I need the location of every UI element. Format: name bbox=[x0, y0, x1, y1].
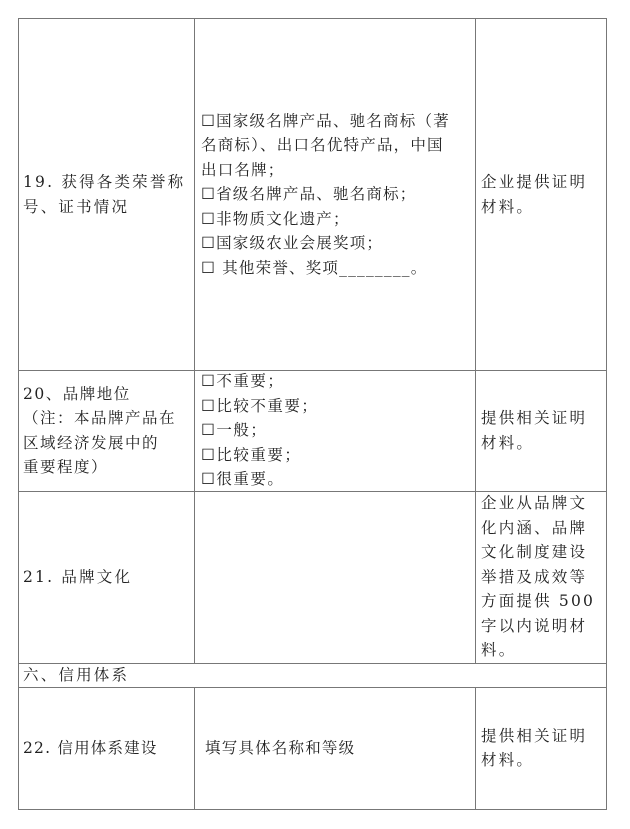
note-text: 材料。 bbox=[481, 195, 605, 220]
row19-note: 企业提供证明 材料。 bbox=[481, 19, 605, 370]
note-text: 提供相关证明 bbox=[481, 406, 605, 431]
item-text: （注：本品牌产品在 bbox=[23, 406, 195, 431]
row22-note: 提供相关证明 材料。 bbox=[481, 687, 605, 809]
row20-note: 提供相关证明 材料。 bbox=[481, 370, 605, 491]
row22-item: 22. 信用体系建设 bbox=[23, 687, 195, 809]
note-text: 方面提供 500 bbox=[481, 589, 605, 614]
checkbox-option-less-important[interactable]: ☐比较不重要； bbox=[201, 394, 477, 419]
section-title: 六、信用体系 bbox=[23, 663, 603, 688]
row21-content-empty[interactable] bbox=[201, 491, 477, 663]
note-text: 举措及成效等 bbox=[481, 565, 605, 590]
row19-item: 19. 获得各类荣誉称 号、证书情况 bbox=[23, 19, 195, 370]
checkbox-option-intangible-heritage[interactable]: ☐非物质文化遗产； bbox=[201, 207, 477, 232]
content-text: 填写具体名称和等级 bbox=[205, 736, 481, 761]
checkbox-option-national-expo-award[interactable]: ☐国家级农业会展奖项； bbox=[201, 231, 477, 256]
row22-content: 填写具体名称和等级 bbox=[205, 687, 481, 809]
note-text: 提供相关证明 bbox=[481, 724, 605, 749]
checkbox-option-other-honors[interactable]: ☐ 其他荣誉、奖项________。 bbox=[201, 256, 477, 281]
item-text: 区域经济发展中的 bbox=[23, 431, 195, 456]
row19-options: ☐国家级名牌产品、驰名商标（著 名商标）、出口名优特产品，中国 出口名牌； ☐省… bbox=[201, 19, 477, 370]
checkbox-option-provincial-brand[interactable]: ☐省级名牌产品、驰名商标； bbox=[201, 182, 477, 207]
row21-note: 企业从品牌文 化内涵、品牌 文化制度建设 举措及成效等 方面提供 500 字以内… bbox=[481, 491, 605, 663]
checkbox-option-national-brand[interactable]: ☐国家级名牌产品、驰名商标（著 bbox=[201, 109, 477, 134]
row21-item: 21. 品牌文化 bbox=[23, 491, 195, 663]
checkbox-option-important[interactable]: ☐比较重要； bbox=[201, 443, 477, 468]
item-text: 号、证书情况 bbox=[23, 195, 195, 220]
checkbox-option-average[interactable]: ☐一般； bbox=[201, 418, 477, 443]
option-text: 名商标）、出口名优特产品，中国 bbox=[201, 133, 477, 158]
note-text: 企业提供证明 bbox=[481, 170, 605, 195]
note-text: 文化制度建设 bbox=[481, 540, 605, 565]
checkbox-option-not-important[interactable]: ☐不重要； bbox=[201, 369, 477, 394]
checkbox-option-very-important[interactable]: ☐很重要。 bbox=[201, 467, 477, 492]
note-text: 料。 bbox=[481, 638, 605, 663]
item-text: 21. 品牌文化 bbox=[23, 565, 195, 590]
row20-item: 20、品牌地位 （注：本品牌产品在 区域经济发展中的 重要程度） bbox=[23, 370, 195, 491]
note-text: 材料。 bbox=[481, 748, 605, 773]
note-text: 化内涵、品牌 bbox=[481, 516, 605, 541]
row20-options: ☐不重要； ☐比较不重要； ☐一般； ☐比较重要； ☐很重要。 bbox=[201, 370, 477, 491]
note-text: 企业从品牌文 bbox=[481, 491, 605, 516]
item-text: 重要程度） bbox=[23, 455, 195, 480]
option-text: 出口名牌； bbox=[201, 158, 477, 183]
note-text: 材料。 bbox=[481, 431, 605, 456]
section-header: 六、信用体系 bbox=[23, 663, 603, 687]
form-table: 19. 获得各类荣誉称 号、证书情况 ☐国家级名牌产品、驰名商标（著 名商标）、… bbox=[18, 18, 607, 810]
item-text: 19. 获得各类荣誉称 bbox=[23, 170, 195, 195]
note-text: 字以内说明材 bbox=[481, 614, 605, 639]
item-text: 22. 信用体系建设 bbox=[23, 736, 195, 761]
item-text: 20、品牌地位 bbox=[23, 382, 195, 407]
